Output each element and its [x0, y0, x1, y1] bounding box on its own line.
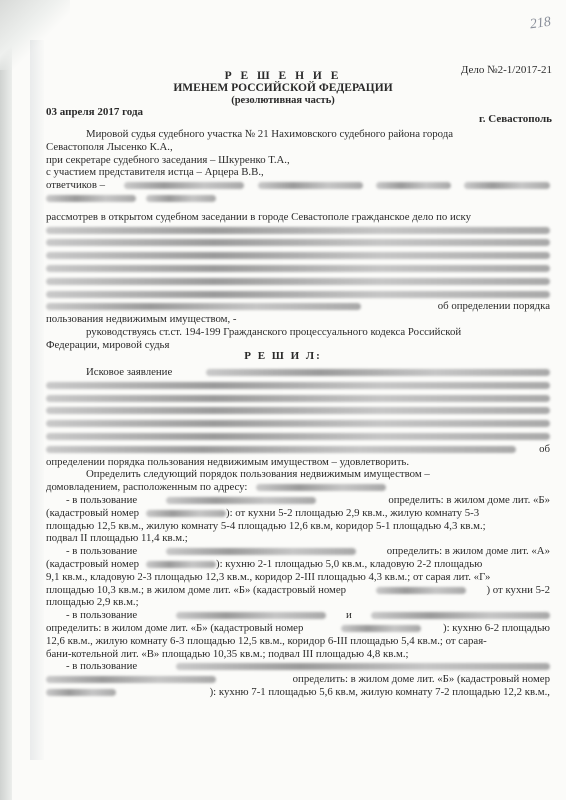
- redacted-cadastral: [376, 587, 466, 594]
- redacted-line: [46, 288, 550, 301]
- ruling-text: площадью 12,5 кв.м., жилую комнату 5-4 п…: [46, 520, 550, 533]
- intro-section: Мировой судья судебного участка № 21 Нах…: [46, 128, 550, 352]
- ruling-text: домовладением, расположенным по адресу:: [46, 481, 247, 493]
- intro-line: Севастополя Лысенко К.А.,: [46, 141, 550, 154]
- redacted-text: [258, 182, 363, 189]
- redacted-name: [166, 548, 356, 555]
- ruling-text: определить: в жилом доме лит. «Б»: [388, 494, 550, 507]
- intro-line: ответчиков –: [46, 179, 105, 191]
- redacted-line: [46, 404, 550, 417]
- ruling-text: подвал II площадью 11,4 кв.м.;: [46, 532, 550, 545]
- redacted-name: [46, 676, 216, 683]
- decision-date: 03 апреля 2017 года: [46, 106, 143, 118]
- redacted-text: [46, 239, 550, 246]
- redacted-text: [124, 182, 244, 189]
- ruling-text: бани-котельной лит. «В» площадью 10,35 к…: [46, 648, 550, 661]
- ruling-text: площадью 2,9 кв.м.;: [46, 596, 550, 609]
- redacted-line: [46, 379, 550, 392]
- intro-line: Мировой судья судебного участка № 21 Нах…: [46, 128, 550, 141]
- ruling-text: 9,1 кв.м., кладовую 2-3 площадью 12,3 кв…: [46, 571, 550, 584]
- redacted-line: [46, 417, 550, 430]
- ruling-text: Определить следующий порядок пользования…: [46, 468, 550, 481]
- redacted-text: [46, 433, 550, 440]
- redacted-text: [464, 182, 550, 189]
- ruling-text: ): кухню 7-1 площадью 5,6 кв.м, жилую ко…: [210, 686, 550, 699]
- redacted-text: [46, 446, 516, 453]
- redacted-line: [46, 275, 550, 288]
- redacted-text: [376, 182, 451, 189]
- ruling-text: определить: в жилом доме лит. «А»: [387, 545, 550, 558]
- intro-line: пользования недвижимым имуществом, -: [46, 313, 550, 326]
- redacted-line-with-text: об: [46, 443, 550, 456]
- page-edge: [0, 0, 12, 800]
- allocation-2: - в пользование определить: в жилом доме…: [46, 545, 550, 558]
- ruling-text: - в пользование: [66, 494, 137, 507]
- allocation-4-cont: определить: в жилом доме лит. «Б» (кадас…: [46, 673, 550, 686]
- ruling-text: 12,6 кв.м., жилую комнату 6-3 площадью 1…: [46, 635, 550, 648]
- allocation-2-cont: площадью 10,3 кв.м.; в жилом доме лит. «…: [46, 584, 550, 597]
- allocation-3: - в пользование и: [46, 609, 550, 622]
- allocation-3-cadastral: определить: в жилом доме лит. «Б» (кадас…: [46, 622, 550, 635]
- redacted-text: [46, 382, 550, 389]
- intro-line: с участием представителя истца – Арцера …: [46, 166, 550, 179]
- redacted-text: [46, 407, 550, 414]
- ruling-text: ): кухню 6-2 площадью: [443, 622, 550, 635]
- ruling-text: ) от кухни 5-2: [486, 584, 550, 597]
- redacted-line: [46, 262, 550, 275]
- scanned-page: 218 Дело №2-1/2017-21 Р Е Ш Е Н И Е ИМЕН…: [0, 0, 566, 800]
- ruling-text: ): от кухни 5-2 площадью 2,9 кв.м., жилу…: [226, 507, 479, 520]
- allocation-1: - в пользование определить: в жилом доме…: [46, 494, 550, 507]
- intro-line: рассмотрев в открытом судебном заседании…: [46, 211, 550, 224]
- redacted-text: [206, 369, 550, 376]
- ruling-text: - в пользование: [66, 660, 137, 673]
- redacted-line: [46, 249, 550, 262]
- redacted-cadastral: [146, 510, 226, 517]
- redacted-cadastral: [341, 625, 421, 632]
- redacted-text: [46, 420, 550, 427]
- ruling-text: и: [346, 609, 352, 622]
- redacted-name: [166, 497, 316, 504]
- redacted-line: [46, 224, 550, 237]
- allocation-2-cadastral: (кадастровый номер ): кухню 2-1 площадью…: [46, 558, 550, 571]
- redacted-text: [46, 395, 550, 402]
- redacted-text: [146, 195, 216, 202]
- redacted-name: [176, 663, 550, 670]
- redacted-address: [256, 484, 386, 491]
- ruling-section: Исковое заявление об определении порядка…: [46, 366, 550, 699]
- redacted-text: [46, 303, 361, 310]
- ruling-text: определить: в жилом доме лит. «Б» (кадас…: [293, 673, 550, 686]
- redacted-line-with-text: об определении порядка: [46, 300, 550, 313]
- redacted-line: [46, 192, 550, 205]
- redacted-text: [46, 195, 136, 202]
- redacted-name: [371, 612, 550, 619]
- redacted-line: [46, 236, 550, 249]
- ruling-text: ): кухню 2-1 площадью 5,0 кв.м., кладову…: [216, 558, 482, 571]
- ruling-text: об: [539, 443, 550, 456]
- defendants-line: ответчиков –: [46, 179, 550, 192]
- allocation-4-cadastral: ): кухню 7-1 площадью 5,6 кв.м, жилую ко…: [46, 686, 550, 699]
- allocation-1-cadastral: (кадастровый номер ): от кухни 5-2 площа…: [46, 507, 550, 520]
- intro-line: при секретаре судебного заседания – Шкур…: [46, 154, 550, 167]
- redacted-cadastral: [46, 689, 116, 696]
- redacted-cadastral: [146, 561, 216, 568]
- ruling-line: Исковое заявление: [46, 366, 550, 379]
- ruling-text: (кадастровый номер: [46, 507, 139, 519]
- document-part: (резолютивная часть): [0, 95, 566, 106]
- ruling-text: - в пользование: [66, 545, 137, 558]
- redacted-text: [46, 227, 550, 234]
- handwritten-page-number: 218: [529, 15, 552, 34]
- intro-line: руководствуясь ст.ст. 194-199 Гражданско…: [46, 326, 550, 339]
- ruling-text: площадью 10,3 кв.м.; в жилом доме лит. «…: [46, 584, 346, 596]
- ruling-text: определении порядка пользования недвижим…: [46, 456, 550, 469]
- redacted-line: [46, 430, 550, 443]
- allocation-4: - в пользование: [46, 660, 550, 673]
- document-heading: Р Е Ш Е Н И Е: [0, 70, 566, 82]
- redacted-name: [176, 612, 326, 619]
- ruling-text: - в пользование: [66, 609, 137, 622]
- redacted-text: [46, 278, 550, 285]
- redacted-text: [46, 252, 550, 259]
- address-line: домовладением, расположенным по адресу:: [46, 481, 550, 494]
- document-subheading: ИМЕНЕМ РОССИЙСКОЙ ФЕДЕРАЦИИ: [0, 82, 566, 94]
- intro-line: об определении порядка: [438, 300, 550, 313]
- ruling-text: определить: в жилом доме лит. «Б» (кадас…: [46, 622, 303, 634]
- redacted-text: [46, 291, 550, 298]
- binding-shadow: [30, 40, 44, 760]
- redacted-text: [46, 265, 550, 272]
- redacted-line: [46, 392, 550, 405]
- ruling-text: (кадастровый номер: [46, 558, 139, 570]
- ruling-text: Исковое заявление: [86, 366, 172, 379]
- decision-city: г. Севастополь: [479, 113, 552, 125]
- decided-heading: Р Е Ш И Л:: [0, 350, 566, 362]
